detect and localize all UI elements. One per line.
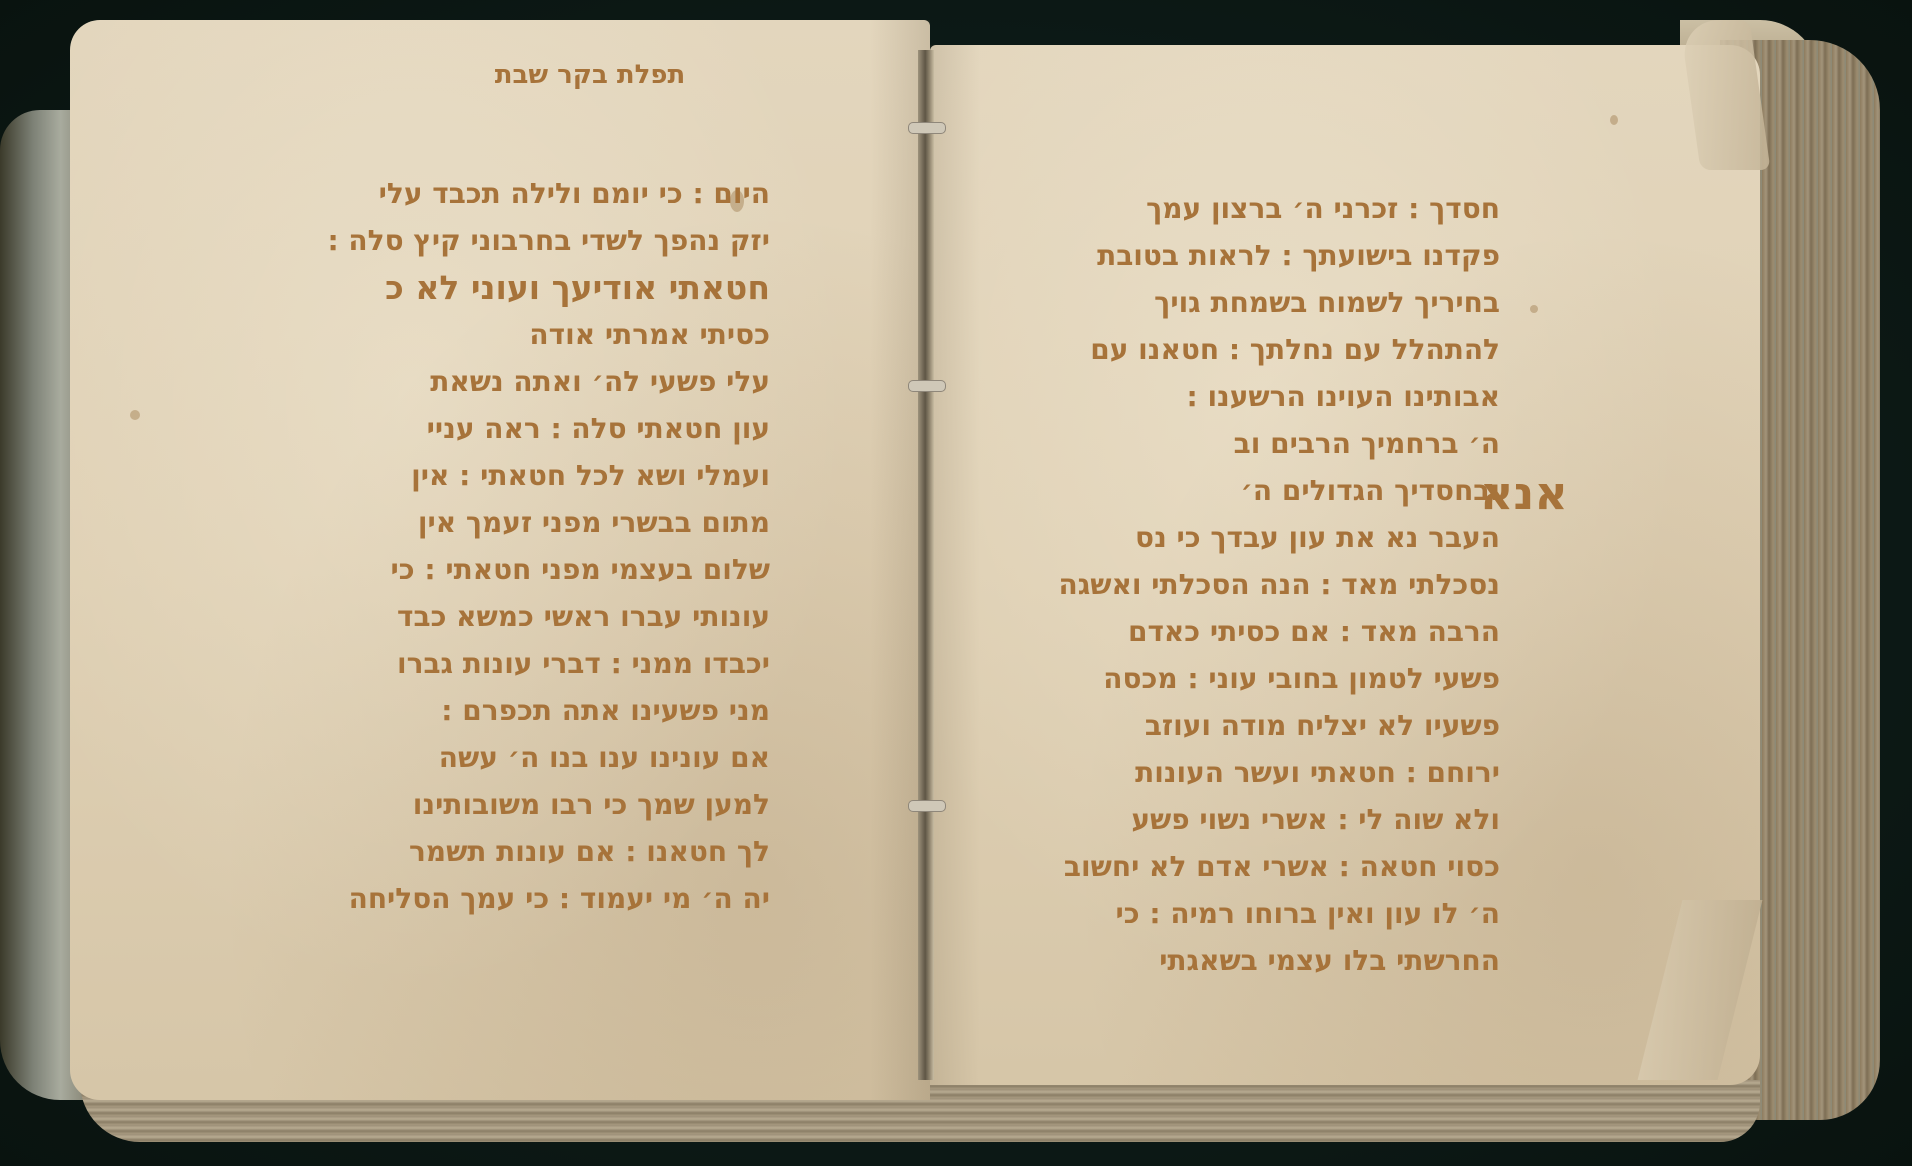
- text-line: ה׳ ברחמיך הרבים וב: [960, 420, 1500, 467]
- text-line: שלום בעצמי מפני חטאתי : כי: [210, 546, 770, 593]
- text-line: היום : כי יומם ולילה תכבד עלי: [210, 170, 770, 217]
- text-line: יכבדו ממני : דברי עונות גברו: [210, 640, 770, 687]
- text-line: בחיריך לשמוח בשמחת גויך: [960, 279, 1500, 326]
- text-line: למען שמך כי רבו משובותינו: [210, 781, 770, 828]
- binding-stitch: [908, 800, 946, 812]
- text-line: החרשתי בלו עצמי בשאגתי: [960, 937, 1500, 984]
- text-line: יה ה׳ מי יעמוד : כי עמך הסליחה: [210, 875, 770, 922]
- ink-stain: [1530, 305, 1538, 313]
- text-line: כסיתי אמרתי אודה: [210, 311, 770, 358]
- binding-stitch: [908, 122, 946, 134]
- text-line: יזק נהפך לשדי בחרבוני קיץ סלה :: [210, 217, 770, 264]
- text-line: עון חטאתי סלה : ראה עניי: [210, 405, 770, 452]
- text-line: פקדנו בישועתך : לראות בטובת: [960, 232, 1500, 279]
- text-line: נסכלתי מאד : הנה הסכלתי ואשגה: [960, 561, 1500, 608]
- ink-stain: [130, 410, 140, 420]
- text-line: ולא שוה לי : אשרי נשוי פשע: [960, 796, 1500, 843]
- text-line: ה׳ לו עון ואין ברוחו רמיה : כי: [960, 890, 1500, 937]
- text-line: להתהלל עם נחלתך : חטאנו עם: [960, 326, 1500, 373]
- text-line: העבר נא את עון עבדך כי נס: [960, 514, 1500, 561]
- text-line: עונותי עברו ראשי כמשא כבד: [210, 593, 770, 640]
- ink-stain: [1610, 115, 1618, 125]
- right-page-text: חסדך : זכרני ה׳ ברצון עמך פקדנו בישועתך …: [960, 185, 1500, 984]
- large-initial-word: אנא: [1480, 466, 1568, 520]
- text-line: אם עונינו ענו בנו ה׳ עשה: [210, 734, 770, 781]
- text-line: חסדך : זכרני ה׳ ברצון עמך: [960, 185, 1500, 232]
- text-line: עלי פשעי לה׳ ואתה נשאת: [210, 358, 770, 405]
- text-line: ירוחם : חטאתי ועשר העונות: [960, 749, 1500, 796]
- text-line: הרבה מאד : אם כסיתי כאדם: [960, 608, 1500, 655]
- text-line: אבותינו העוינו הרשענו :: [960, 373, 1500, 420]
- binding-stitch: [908, 380, 946, 392]
- text-line: ובחסדיך הגדולים ה׳: [960, 467, 1500, 514]
- text-line: מתום בבשרי מפני זעמך אין: [210, 499, 770, 546]
- text-line: פשעי לטמון בחובי עוני : מכסה: [960, 655, 1500, 702]
- text-line: ועמלי ושא לכל חטאתי : אין: [210, 452, 770, 499]
- text-line: כסוי חטאה : אשרי אדם לא יחשוב: [960, 843, 1500, 890]
- text-line: פשעיו לא יצליח מודה ועוזב: [960, 702, 1500, 749]
- left-page-heading: תפלת בקר שבת: [410, 60, 770, 90]
- left-page-text: היום : כי יומם ולילה תכבד עלי יזק נהפך ל…: [210, 170, 770, 922]
- text-line: חטאתי אודיעך ועוני לא כ: [210, 264, 770, 311]
- text-line: לך חטאנו : אם עונות תשמר: [210, 828, 770, 875]
- book-gutter: [918, 50, 934, 1080]
- text-line: מני פשעינו אתה תכפרם :: [210, 687, 770, 734]
